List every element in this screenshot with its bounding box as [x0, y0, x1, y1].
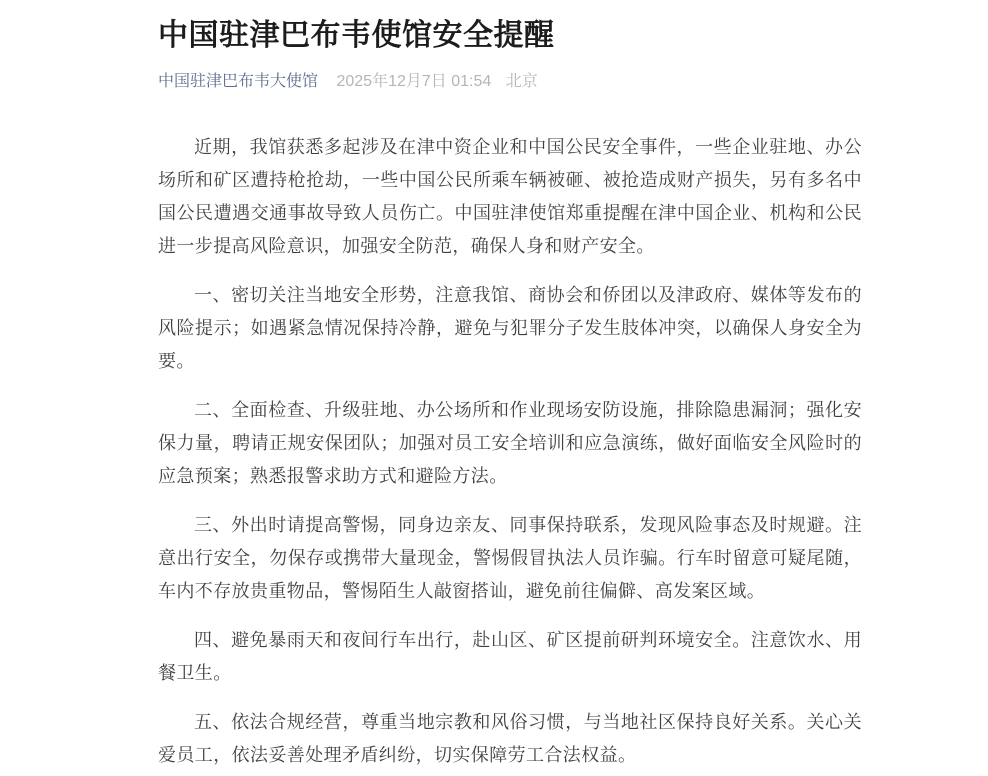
author-link[interactable]: 中国驻津巴布韦大使馆	[158, 73, 318, 90]
publish-datetime: 2025年12月7日 01:54	[336, 73, 491, 90]
article-paragraph-item-4: 四、避免暴雨天和夜间行车出行，赴山区、矿区提前研判环境安全。注意饮水、用餐卫生。	[158, 624, 862, 690]
article-page: 中国驻津巴布韦使馆安全提醒 中国驻津巴布韦大使馆 2025年12月7日 01:5…	[0, 0, 988, 776]
article-title: 中国驻津巴布韦使馆安全提醒	[158, 16, 862, 56]
article-paragraph-item-2: 二、全面检查、升级驻地、办公场所和作业现场安防设施，排除隐患漏洞；强化安保力量，…	[158, 394, 862, 493]
article-body: 近期，我馆获悉多起涉及在津中资企业和中国公民安全事件，一些企业驻地、办公场所和矿…	[158, 131, 862, 772]
article-paragraph-item-1: 一、密切关注当地安全形势，注意我馆、商协会和侨团以及津政府、媒体等发布的风险提示…	[158, 279, 862, 378]
article-paragraph-item-5: 五、依法合规经营，尊重当地宗教和风俗习惯，与当地社区保持良好关系。关心关爱员工，…	[158, 706, 862, 772]
article-paragraph-item-3: 三、外出时请提高警惕，同身边亲友、同事保持联系，发现风险事态及时规避。注意出行安…	[158, 509, 862, 608]
article-paragraph-intro: 近期，我馆获悉多起涉及在津中资企业和中国公民安全事件，一些企业驻地、办公场所和矿…	[158, 131, 862, 263]
publish-location: 北京	[506, 73, 538, 90]
byline: 中国驻津巴布韦大使馆 2025年12月7日 01:54 北京	[158, 71, 862, 93]
